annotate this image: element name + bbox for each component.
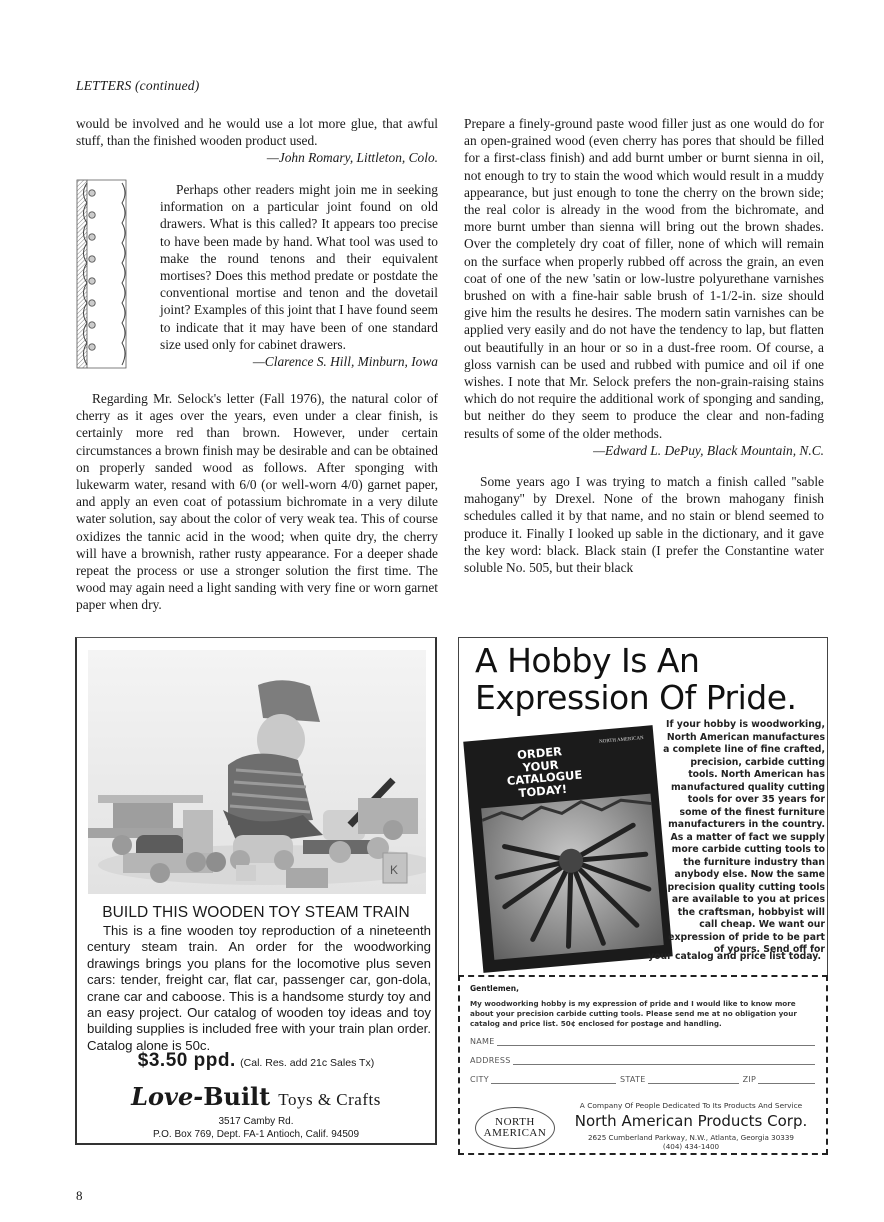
north-american-advertisement: A Hobby Is An Expression Of Pride. NORTH… <box>455 637 831 1157</box>
signature-hill: —Clarence S. Hill, Minburn, Iowa <box>160 353 438 370</box>
city-label: CITY <box>470 1075 489 1084</box>
train-ad-headline: BUILD THIS WOODEN TOY STEAM TRAIN <box>77 904 435 922</box>
coupon-message: My woodworking hobby is my expression of… <box>470 999 820 1029</box>
city-state-zip-fields[interactable]: CITY STATE ZIP <box>470 1075 815 1084</box>
brand-script: Love- <box>131 1082 203 1111</box>
headline-line-2: Expression Of Pride. <box>475 679 797 716</box>
company-phone: (404) 434-1400 <box>560 1142 822 1151</box>
train-ad-price: $3.50 ppd. (Cal. Res. add 21c Sales Tx) <box>77 1050 435 1072</box>
sable-letter: Some years ago I was trying to match a f… <box>464 473 824 576</box>
na-ad-headline: A Hobby Is An Expression Of Pride. <box>475 642 797 716</box>
address-line-2: P.O. Box 769, Dept. FA-1 Antioch, Calif.… <box>77 1129 435 1142</box>
address-line[interactable] <box>513 1056 815 1065</box>
page-number: 8 <box>76 1188 83 1204</box>
company-name: North American Products Corp. <box>560 1112 822 1130</box>
query-text: Perhaps other readers might join me in s… <box>160 181 438 353</box>
order-coupon[interactable]: Gentlemen, My woodworking hobby is my ex… <box>458 975 828 1155</box>
company-tagline: A Company Of People Dedicated To Its Pro… <box>560 1101 822 1110</box>
catalog-cover-text: ORDER YOUR CATALOGUE TODAY! <box>504 744 578 800</box>
address-line-1: 3517 Camby Rd. <box>77 1116 435 1129</box>
cherry-letter: Regarding Mr. Selock's letter (Fall 1976… <box>76 390 438 614</box>
price-tax-note: (Cal. Res. add 21c Sales Tx) <box>240 1057 374 1069</box>
na-ad-copy: If your hobby is woodworking, North Amer… <box>659 719 825 957</box>
company-block: A Company Of People Dedicated To Its Pro… <box>560 1101 822 1151</box>
left-column: would be involved and he would use a lot… <box>76 115 438 167</box>
dowel-joint-illustration <box>76 179 128 369</box>
state-label: STATE <box>620 1075 646 1084</box>
state-line[interactable] <box>648 1075 739 1084</box>
logo-line-2: AMERICAN <box>484 1128 547 1139</box>
brand-suffix: Toys & Crafts <box>278 1090 381 1109</box>
na-ad-frame: A Hobby Is An Expression Of Pride. NORTH… <box>458 637 828 975</box>
catalog-brand: NORTH AMERICAN <box>599 736 644 745</box>
coupon-salutation: Gentlemen, <box>470 984 519 993</box>
na-ad-copy-tail: your catalog and price list today. <box>605 951 821 964</box>
company-address: 2625 Cumberland Parkway, N.W., Atlanta, … <box>560 1133 822 1142</box>
train-ad-address: 3517 Camby Rd. P.O. Box 769, Dept. FA-1 … <box>77 1116 435 1141</box>
love-built-logo: Love-BuiltToys & Crafts <box>77 1082 435 1111</box>
train-ad-body: This is a fine wooden toy reproduction o… <box>87 923 431 1054</box>
city-line[interactable] <box>491 1075 616 1084</box>
cherry-letter-text: Regarding Mr. Selock's letter (Fall 1976… <box>76 390 438 614</box>
toy-train-advertisement: K BUILD THIS WOODEN TOY STEAM TRAIN This… <box>75 637 437 1145</box>
address-field[interactable]: ADDRESS <box>470 1056 815 1065</box>
zip-line[interactable] <box>758 1075 815 1084</box>
headline-line-1: A Hobby Is An <box>475 642 797 679</box>
name-line[interactable] <box>497 1037 815 1046</box>
running-head: LETTERS (continued) <box>76 78 199 94</box>
address-label: ADDRESS <box>470 1056 511 1065</box>
zip-label: ZIP <box>743 1075 757 1084</box>
joint-query-letter: Perhaps other readers might join me in s… <box>160 181 438 370</box>
cutting-tools-photo <box>481 794 664 960</box>
right-column: Prepare a finely-ground paste wood fille… <box>464 115 824 576</box>
boy-toy-train-photo: K <box>88 650 426 894</box>
price-value: $3.50 ppd. <box>138 1050 236 1071</box>
name-field[interactable]: NAME <box>470 1037 815 1046</box>
brand-bold: Built <box>203 1082 270 1111</box>
train-ad-body-text: This is a fine wooden toy reproduction o… <box>87 923 431 1054</box>
cherry-letter-continued: Prepare a finely-ground paste wood fille… <box>464 115 824 442</box>
name-label: NAME <box>470 1037 495 1046</box>
letter-continuation: would be involved and he would use a lot… <box>76 115 438 149</box>
signature-depuy: —Edward L. DePuy, Black Mountain, N.C. <box>464 442 824 459</box>
svg-text:K: K <box>390 863 398 877</box>
north-american-logo: NORTH AMERICAN <box>475 1107 555 1149</box>
catalog-cover-image: NORTH AMERICAN ORDER YOUR CATALOGUE TODA… <box>463 725 672 973</box>
signature-romary: —John Romary, Littleton, Colo. <box>76 149 438 166</box>
